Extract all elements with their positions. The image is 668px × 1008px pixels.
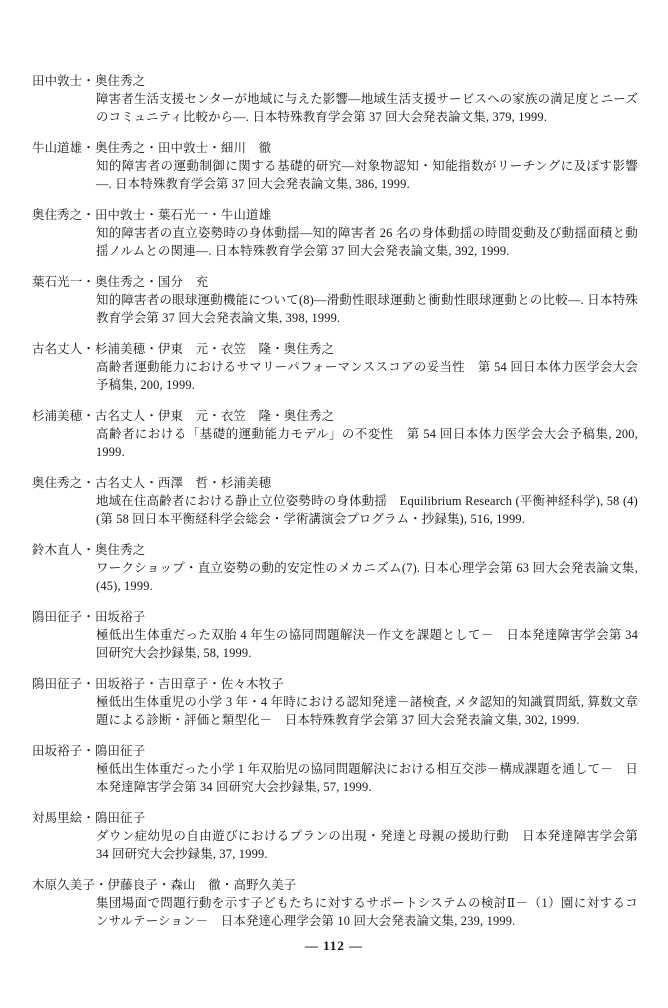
entry-citation: 高齢者における「基礎的運動能力モデル」の不変性 第 54 回日本体力医学会大会予… — [96, 425, 638, 461]
entry-authors: 対馬里絵・隝田征子 — [32, 809, 638, 827]
entry-citation: ダウン症幼児の自由遊びにおけるプランの出現・発達と母親の援助行動 日本発達障害学… — [96, 827, 638, 863]
document-page: 田中敦士・奥住秀之 障害者生活支援センターが地域に与えた影響―地域生活支援サービ… — [0, 0, 668, 1008]
publication-entry: 隝田征子・田坂裕子 極低出生体重だった双胎 4 年生の協同問題解決－作文を課題と… — [32, 608, 638, 662]
entry-authors: 鈴木直人・奥住秀之 — [32, 541, 638, 559]
entry-authors: 奥住秀之・古名丈人・西澤 哲・杉浦美穂 — [32, 474, 638, 492]
publication-entry: 葉石光一・奥住秀之・国分 充 知的障害者の眼球運動機能について(8)―滑動性眼球… — [32, 273, 638, 327]
entry-citation: 極低出生体重だった双胎 4 年生の協同問題解決－作文を課題として－ 日本発達障害… — [96, 626, 638, 662]
publication-entry: 隝田征子・田坂裕子・吉田章子・佐々木牧子 極低出生体重児の小学 3 年・4 年時… — [32, 675, 638, 729]
entry-authors: 田中敦士・奥住秀之 — [32, 72, 638, 90]
entry-authors: 杉浦美穂・古名丈人・伊東 元・衣笠 隆・奥住秀之 — [32, 407, 638, 425]
entry-citation: 知的障害者の眼球運動機能について(8)―滑動性眼球運動と衝動性眼球運動との比較―… — [96, 291, 638, 327]
entry-citation: ワークショップ・直立姿勢の動的安定性のメカニズム(7). 日本心理学会第 63 … — [96, 559, 638, 595]
publication-entry: 牛山道雄・奥住秀之・田中敦士・細川 徹 知的障害者の運動制御に関する基礎的研究―… — [32, 139, 638, 193]
publication-entry: 田坂裕子・隝田征子 極低出生体重だった小学 1 年双胎児の協同問題解決における相… — [32, 742, 638, 796]
publication-entry: 田中敦士・奥住秀之 障害者生活支援センターが地域に与えた影響―地域生活支援サービ… — [32, 72, 638, 126]
entry-citation: 知的障害者の運動制御に関する基礎的研究―対象物認知・知能指数がリーチングに及ぼす… — [96, 157, 638, 193]
entry-authors: 隝田征子・田坂裕子 — [32, 608, 638, 626]
entry-authors: 古名丈人・杉浦美穂・伊東 元・衣笠 隆・奥住秀之 — [32, 340, 638, 358]
entry-citation: 極低出生体重だった小学 1 年双胎児の協同問題解決における相互交渉－構成課題を通… — [96, 760, 638, 796]
publication-entry: 古名丈人・杉浦美穂・伊東 元・衣笠 隆・奥住秀之 高齢者運動能力におけるサマリー… — [32, 340, 638, 394]
publication-entry: 奥住秀之・田中敦士・葉石光一・牛山道雄 知的障害者の直立姿勢時の身体動揺―知的障… — [32, 206, 638, 260]
entry-citation: 障害者生活支援センターが地域に与えた影響―地域生活支援サービスへの家族の満足度と… — [96, 90, 638, 126]
entry-authors: 田坂裕子・隝田征子 — [32, 742, 638, 760]
page-number: — 112 — — [0, 938, 668, 954]
publication-entry: 奥住秀之・古名丈人・西澤 哲・杉浦美穂 地域在住高齢者における静止立位姿勢時の身… — [32, 474, 638, 528]
entry-authors: 木原久美子・伊藤良子・森山 徹・高野久美子 — [32, 876, 638, 894]
entry-citation: 知的障害者の直立姿勢時の身体動揺―知的障害者 26 名の身体動揺の時間変動及び動… — [96, 224, 638, 260]
publication-list: 田中敦士・奥住秀之 障害者生活支援センターが地域に与えた影響―地域生活支援サービ… — [32, 72, 638, 943]
publication-entry: 杉浦美穂・古名丈人・伊東 元・衣笠 隆・奥住秀之 高齢者における「基礎的運動能力… — [32, 407, 638, 461]
publication-entry: 対馬里絵・隝田征子 ダウン症幼児の自由遊びにおけるプランの出現・発達と母親の援助… — [32, 809, 638, 863]
entry-citation: 極低出生体重児の小学 3 年・4 年時における認知発達－諸検査, メタ認知的知識… — [96, 693, 638, 729]
entry-citation: 高齢者運動能力におけるサマリーパフォーマンススコアの妥当性 第 54 回日本体力… — [96, 358, 638, 394]
entry-authors: 牛山道雄・奥住秀之・田中敦士・細川 徹 — [32, 139, 638, 157]
entry-authors: 隝田征子・田坂裕子・吉田章子・佐々木牧子 — [32, 675, 638, 693]
entry-citation: 集団場面で問題行動を示す子どもたちに対するサポートシステムの検討Ⅱ－（1）園に対… — [96, 894, 638, 930]
publication-entry: 鈴木直人・奥住秀之 ワークショップ・直立姿勢の動的安定性のメカニズム(7). 日… — [32, 541, 638, 595]
entry-authors: 葉石光一・奥住秀之・国分 充 — [32, 273, 638, 291]
entry-citation: 地域在住高齢者における静止立位姿勢時の身体動揺 Equilibrium Rese… — [96, 492, 638, 528]
publication-entry: 木原久美子・伊藤良子・森山 徹・高野久美子 集団場面で問題行動を示す子どもたちに… — [32, 876, 638, 930]
entry-authors: 奥住秀之・田中敦士・葉石光一・牛山道雄 — [32, 206, 638, 224]
